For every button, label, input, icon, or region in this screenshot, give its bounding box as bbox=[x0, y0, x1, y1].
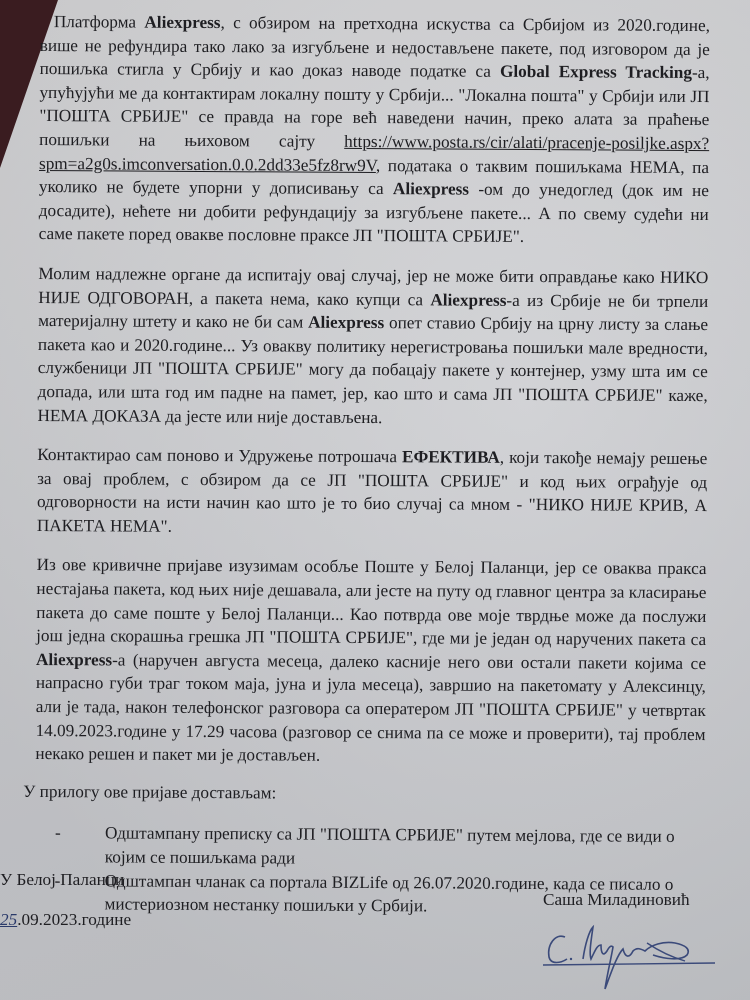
handwritten-day: 25 bbox=[0, 910, 17, 929]
list-item: -Одштампану преписку са ЈП "ПОШТА СРБИЈЕ… bbox=[35, 821, 705, 872]
paragraph-aliexpress-refunds: Платформа Aliexpress, с обзиром на претх… bbox=[39, 10, 710, 250]
document-footer: У Белој Паланци 25.09.2023.године Саша М… bbox=[0, 870, 750, 1000]
signature-icon bbox=[535, 915, 725, 995]
place-of-signing: У Белој Паланци bbox=[0, 870, 124, 890]
attachments-intro: У прилогу ове пријаве достављам: bbox=[23, 780, 705, 808]
paragraph-consumer-association: Контактирао сам поново и Удружење потрош… bbox=[37, 443, 708, 541]
document-body: Платформа Aliexpress, с обзиром на претх… bbox=[34, 10, 710, 920]
paragraph-exemption: Из ове кривичне пријаве изузимам особље … bbox=[35, 553, 706, 769]
bullet-dash: - bbox=[55, 822, 61, 846]
paragraph-request-investigation: Молим надлежне органе да испитају овај с… bbox=[37, 262, 708, 431]
signing-date: 25.09.2023.године bbox=[0, 910, 131, 930]
signer-name: Саша Миладиновић bbox=[543, 890, 690, 910]
